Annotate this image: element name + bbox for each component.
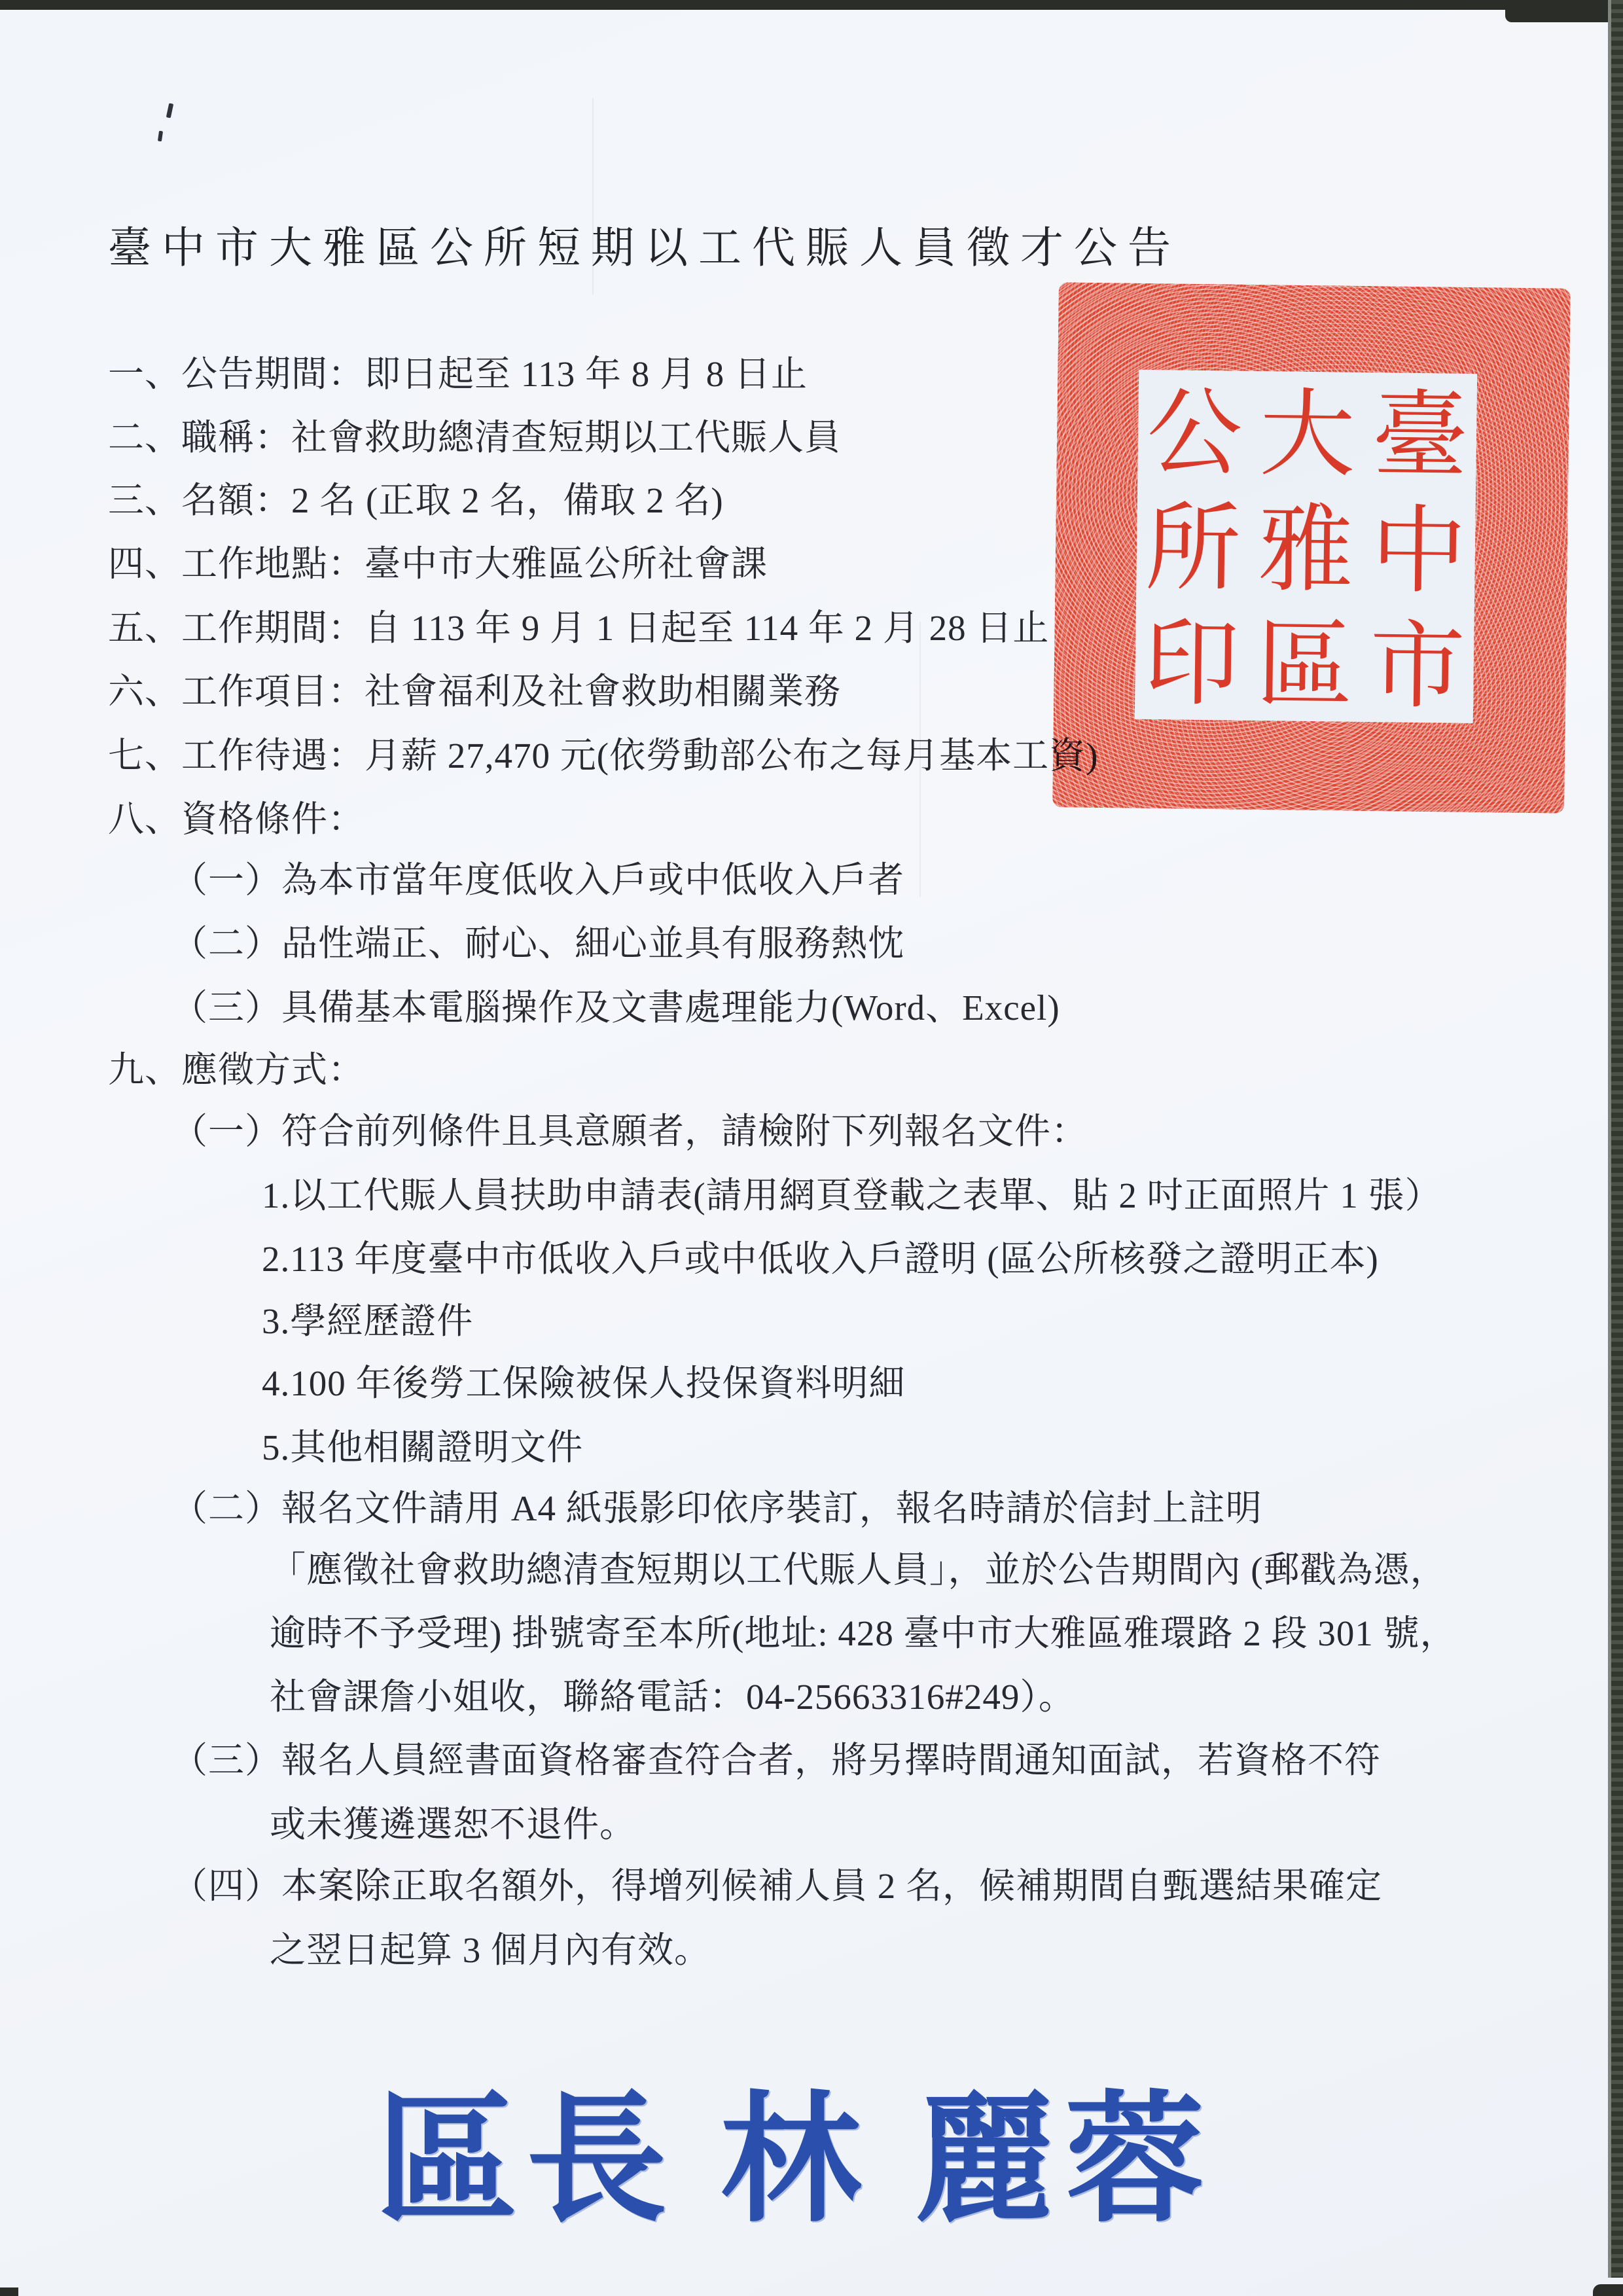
scan-edge-top-right xyxy=(1505,0,1623,22)
doc-line-qualification-2: （二）品性端正、耐心、細心並具有服務熱忱 xyxy=(171,923,904,964)
doc-line-document-2: 2.113 年度臺中市低收入戶或中低收入戶證明 (區公所核發之證明正本) xyxy=(262,1238,1379,1280)
doc-line-apply-4: （四）本案除正取名額外，得增列候補人員 2 名，候補期間自甄選結果確定 xyxy=(171,1865,1382,1907)
doc-line-apply-3: （三）報名人員經書面資格審查符合者，將另擇時間通知面試，若資格不符 xyxy=(171,1740,1381,1781)
scan-speck xyxy=(158,131,163,142)
doc-line-work-items: 六、工作項目：社會福利及社會救助相關業務 xyxy=(108,671,841,712)
doc-line-qualification-1: （一）為本市當年度低收入戶或中低收入戶者 xyxy=(171,859,904,901)
doc-line-document-5: 5.其他相關證明文件 xyxy=(262,1427,583,1468)
doc-line-document-3: 3.學經歷證件 xyxy=(262,1300,473,1342)
scan-corner-bottom-right xyxy=(1593,2284,1623,2296)
doc-line-apply-2: （二）報名文件請用 A4 紙張影印依序裝訂，報名時請於信封上註明 xyxy=(171,1488,1262,1529)
seal-column-middle: 大雅區 xyxy=(1251,376,1360,717)
doc-line-salary: 七、工作待遇：月薪 27,470 元(依勞動部公布之每月基本工資) xyxy=(108,735,1098,776)
district-chief-signature: 區長 林 麗蓉 xyxy=(376,2047,1215,2249)
doc-line-apply-1: （一）符合前列條件且具意願者，請檢附下列報名文件： xyxy=(171,1111,1088,1152)
doc-line-apply-2-cont-1: 「應徵社會救助總清查短期以工代賑人員」，並於公告期間內 (郵戳為憑， xyxy=(270,1549,1447,1590)
scan-edge-right xyxy=(1608,0,1623,2278)
doc-line-quota: 三、名額：2 名 (正取 2 名，備取 2 名) xyxy=(108,480,724,521)
seal-inner-area: 公所印 大雅區 臺中市 xyxy=(1135,370,1477,723)
doc-line-work-location: 四、工作地點：臺中市大雅區公所社會課 xyxy=(108,543,768,584)
doc-line-document-1: 1.以工代賑人員扶助申請表(請用網頁登載之表單、貼 2 吋正面照片 1 張） xyxy=(262,1175,1442,1216)
doc-line-qualification-3: （三）具備基本電腦操作及文書處理能力(Word、Excel) xyxy=(171,987,1060,1028)
scanned-announcement-page: 臺中市大雅區公所短期以工代賑人員徵才公告 一、公告期間：即日起至 113 年 8… xyxy=(0,0,1623,2296)
doc-line-work-period: 五、工作期間：自 113 年 9 月 1 日起至 114 年 2 月 28 日止 xyxy=(108,607,1049,649)
page-title: 臺中市大雅區公所短期以工代賑人員徵才公告 xyxy=(108,213,1181,275)
doc-line-announcement-period: 一、公告期間：即日起至 113 年 8 月 8 日止 xyxy=(108,353,808,395)
scan-edge-top xyxy=(0,0,1623,10)
seal-column-left: 公所印 xyxy=(1139,375,1247,715)
scan-corner-bottom-left xyxy=(0,2287,18,2296)
doc-line-document-4: 4.100 年後勞工保險被保人投保資料明細 xyxy=(262,1363,906,1404)
doc-line-apply-method-head: 九、應徵方式： xyxy=(108,1049,365,1090)
scan-speck xyxy=(166,103,173,118)
doc-line-apply-3-cont: 或未獲遴選恕不退件。 xyxy=(270,1804,636,1845)
doc-line-apply-2-cont-3: 社會課詹小姐收，聯絡電話：04-25663316#249）。 xyxy=(270,1676,1075,1717)
doc-line-job-title: 二、職稱：社會救助總清查短期以工代賑人員 xyxy=(108,417,841,458)
doc-line-apply-2-cont-2: 逾時不予受理) 掛號寄至本所(地址: 428 臺中市大雅區雅環路 2 段 301… xyxy=(270,1613,1457,1654)
seal-column-right: 臺中市 xyxy=(1364,378,1473,718)
official-red-seal: 公所印 大雅區 臺中市 xyxy=(1052,282,1571,813)
doc-line-qualifications-head: 八、資格條件： xyxy=(108,798,365,840)
doc-line-apply-4-cont: 之翌日起算 3 個月內有效。 xyxy=(270,1929,711,1971)
